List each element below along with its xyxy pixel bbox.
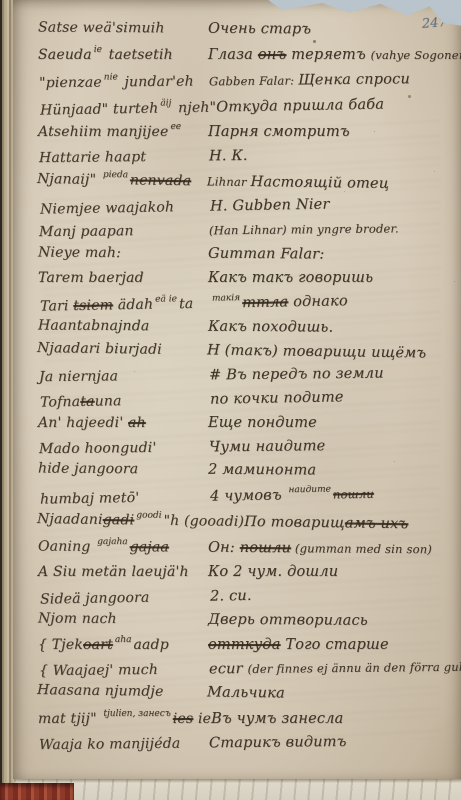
manuscript-right-column: Еще пондите — [208, 415, 457, 431]
manuscript-text-segment: Saeuda — [38, 47, 92, 63]
manuscript-text-segment: теряетъ — [286, 47, 370, 63]
manuscript-text-segment: Oaning — [38, 539, 95, 555]
manuscript-right-column: По товарищамъ ихъ — [244, 514, 456, 533]
manuscript-text-segment: Еще пондите — [208, 415, 317, 431]
manuscript-text-segment: Щенка спроси — [298, 71, 410, 88]
manuscript-left-column: Saeudaie taetsetih — [38, 45, 208, 63]
manuscript-line: Njaadari biurjadiН (такъ) товарищи ищёмъ — [37, 340, 456, 362]
manuscript-right-column: Чуми наидите — [209, 436, 458, 455]
manuscript-left-column: { Tjekoartahaaadp — [38, 635, 208, 653]
manuscript-line: Tofnataunaпо кочки подите — [40, 387, 459, 410]
manuscript-left-column: Njanaij" piedanenvada — [37, 169, 207, 189]
manuscript-text-segment: Того старше — [281, 637, 389, 653]
manuscript-text-segment: Н. К. — [209, 148, 248, 164]
manuscript-text-segment: tjulien, занесъ — [103, 709, 170, 719]
manuscript-text-segment: Gumman Falar: — [208, 245, 325, 262]
manuscript-text-segment: jundar'eh — [120, 73, 194, 90]
manuscript-text-segment: Haantabnajnda — [38, 318, 150, 335]
manuscript-right-column: по кочки подите — [210, 387, 459, 407]
manuscript-text-segment: aha — [115, 635, 132, 645]
manuscript-right-column: # Въ передъ по земли — [209, 365, 458, 384]
manuscript-left-column: Haantabnajnda — [38, 318, 208, 335]
manuscript-left-column: Ja niernjaa — [39, 367, 209, 385]
manuscript-text-segment: Waaja ko manjijéda — [39, 736, 181, 753]
manuscript-text-segment: Откуда пришла баба — [216, 96, 384, 115]
manuscript-line: Tari tsiem ädaheä ietaтакіяттла однако — [40, 290, 459, 315]
manuscript-text-segment: Он: — [208, 540, 240, 556]
manuscript-text-segment: äij — [160, 98, 171, 108]
manuscript-text-segment: ee — [170, 122, 181, 132]
manuscript-right-column: Какъ такъ говоришь — [208, 270, 457, 286]
manuscript-text-segment: Atsehiim manjijee — [38, 124, 168, 140]
manuscript-text-segment: Парня смотритъ — [208, 124, 350, 140]
manuscript-left-column: Manj paapan — [39, 222, 209, 240]
manuscript-text-segment: eä ie — [155, 295, 177, 305]
manuscript-text-segment: 2 маминонта — [208, 462, 316, 479]
manuscript-text-segment: aadp — [133, 637, 168, 653]
manuscript-line: Sideä jangoora2. си. — [40, 584, 459, 607]
manuscript-text-segment: { Waajaej' much — [39, 662, 158, 679]
manuscript-right-column: Н. Gubben Nier — [210, 194, 459, 214]
manuscript-right-column: Gumman Falar: — [208, 245, 457, 263]
manuscript-left-column: humbaj metō' — [40, 489, 210, 508]
manuscript-text-segment: Мальчика — [207, 685, 285, 702]
manuscript-right-column: (Han Lihnar) min yngre broder. — [209, 220, 458, 239]
manuscript-line: Manj paapan(Han Lihnar) min yngre broder… — [39, 220, 458, 240]
manuscript-left-column: An' hajeedi' ah — [38, 415, 208, 431]
manuscript-text-segment: Н (такъ) товарищи ищёмъ — [207, 343, 426, 362]
manuscript-left-column: Njaadanigadigoodi"h (gooadi) — [37, 509, 244, 530]
book-page-edges — [0, 0, 14, 800]
manuscript-right-column: Н (такъ) товарищи ищёмъ — [207, 343, 456, 362]
manuscript-left-column: Njom nach — [38, 610, 208, 627]
manuscript-text-segment: mat tjij" — [38, 711, 101, 727]
manuscript-line: "pienzaenie jundar'ehGabben Falar: Щенка… — [39, 69, 458, 91]
manuscript-right-column: Какъ походишь. — [208, 319, 457, 337]
manuscript-text-segment: Настоящій отец — [250, 174, 389, 192]
manuscript-text-segment: такія — [212, 294, 240, 304]
manuscript-text-segment: (gumman med sin son) — [291, 541, 432, 556]
manuscript-text-segment: njeh" — [173, 99, 216, 116]
manuscript-text-segment: онъ — [258, 47, 287, 63]
manuscript-line: Njanaij" piedanenvadaLihnar Настоящій от… — [37, 169, 456, 193]
manuscript-right-column: отткуда Того старше — [208, 637, 457, 653]
manuscript-text-segment: una — [94, 393, 121, 409]
manuscript-left-column: Tofnatauna — [40, 392, 210, 411]
manuscript-line: mat tjij" tjulien, занесъies ieВъ чумъ з… — [38, 709, 457, 727]
manuscript-right-column: Очень старъ — [208, 21, 457, 39]
manuscript-text-segment: ta — [179, 296, 194, 312]
manuscript-text-segment: Manj paapan — [39, 223, 134, 240]
manuscript-text-segment: ie — [193, 711, 211, 727]
manuscript-line: humbaj metō'4 чумовъ наидитепошли — [40, 483, 459, 508]
manuscript-text-segment: Njaadani — [37, 511, 103, 528]
manuscript-right-column: Дверь оттворилась — [208, 611, 457, 629]
manuscript-right-column: Старикъ видитъ — [209, 733, 458, 752]
manuscript-text-segment: A Siu metän laeujä'h — [38, 564, 189, 580]
manuscript-text-segment: Sideä jangoora — [40, 589, 150, 607]
manuscript-line: Atsehiim manjijeeeeПарня смотритъ — [38, 122, 457, 140]
manuscript-line: Haasana njumdjeМальчика — [37, 682, 456, 704]
manuscript-text-segment: "pienzae — [39, 74, 102, 91]
manuscript-text-segment: Njom nach — [38, 610, 117, 627]
manuscript-left-column: Sideä jangoora — [40, 588, 210, 607]
book-cover-edge — [0, 783, 74, 800]
manuscript-text-segment: пошли — [333, 487, 374, 502]
manuscript-left-column: Niemjee waajakoh — [40, 199, 210, 218]
manuscript-text-segment: пошли — [240, 540, 291, 556]
manuscript-text-segment: Gabben Falar: — [209, 73, 298, 88]
manuscript-text-segment: pieda — [103, 170, 128, 180]
manuscript-line: An' hajeedi' ahЕще пондите — [38, 415, 457, 431]
manuscript-left-column: Oaning gajahagajaa — [38, 537, 208, 556]
manuscript-text-segment: ie — [94, 45, 102, 55]
manuscript-text-segment: Satse weä'simuih — [38, 20, 165, 37]
manuscript-text-segment: 2. си. — [210, 588, 252, 605]
manuscript-text-segment: ттла — [242, 295, 288, 312]
manuscript-line: { Tjekoartahaaadpотткуда Того старше — [38, 635, 457, 653]
manuscript-text-segment: gajaa — [130, 539, 169, 555]
manuscript-text-segment: Mado hoongudi' — [39, 440, 157, 457]
manuscript-right-column: Ко 2 чум. дошли — [208, 564, 457, 580]
manuscript-text-segment: По товарищ — [244, 514, 345, 531]
manuscript-text-segment: Какъ походишь. — [208, 319, 333, 336]
manuscript-left-column: Hünjaad" turtehäij njeh" — [40, 97, 216, 118]
manuscript-text-segment: Njanaij" — [37, 171, 101, 188]
manuscript-line: Waaja ko manjijédaСтарикъ видитъ — [39, 733, 458, 753]
manuscript-text-segment: Njaadari biurjadi — [37, 340, 162, 358]
manuscript-text-segment: # Въ передъ по земли — [209, 366, 384, 384]
manuscript-text-segment: "h (gooadi) — [163, 513, 244, 530]
manuscript-right-column: 2 маминонта — [208, 462, 457, 480]
manuscript-text-segment: Lihnar — [207, 175, 251, 190]
manuscript-text-segment: tsiem — [73, 298, 113, 315]
manuscript-text-segment: Ja niernjaa — [39, 368, 118, 385]
manuscript-text-segment: однако — [288, 294, 348, 311]
manuscript-text-segment: Tofna — [40, 394, 81, 411]
manuscript-line: Hattarie haaptН. К. — [39, 146, 458, 166]
manuscript-right-column: Gabben Falar: Щенка спроси — [209, 71, 458, 90]
manuscript-right-column: ecur (der finnes ej ännu än den förra gu… — [209, 659, 461, 678]
manuscript-text-segment: Н. Gubben Nier — [210, 197, 330, 215]
manuscript-right-column: Он: пошли (gumman med sin son) — [208, 540, 457, 558]
manuscript-text-segment: gadi — [103, 512, 135, 528]
manuscript-line: Njom nachДверь оттворилась — [38, 610, 457, 629]
notebook-page: 247 Satse weä'simuihОчень старъSaeudaie … — [13, 0, 461, 779]
manuscript-right-column: Откуда пришла баба — [216, 95, 459, 115]
manuscript-text-segment: nie — [104, 72, 118, 82]
manuscript-text-segment: humbaj metō' — [40, 490, 140, 508]
manuscript-text-segment: наидите — [288, 485, 331, 496]
manuscript-text-segment: ah — [128, 415, 146, 431]
manuscript-text-segment: Haasana njumdje — [37, 682, 164, 700]
manuscript-left-column: "pienzaenie jundar'eh — [39, 71, 209, 91]
manuscript-left-column: Njaadari biurjadi — [37, 340, 207, 358]
manuscript-left-column: mat tjij" tjulien, занесъies ie — [38, 709, 211, 727]
manuscript-right-column: Въ чумъ занесла — [211, 711, 457, 727]
manuscript-text-segment: Въ чумъ занесла — [211, 711, 343, 727]
manuscript-line: Nieye mah:Gumman Falar: — [38, 244, 457, 263]
manuscript-line: Mado hoongudi'Чуми наидите — [39, 436, 458, 456]
manuscript-line: hide jangoora2 маминонта — [38, 461, 457, 480]
manuscript-text-segment: ädah — [113, 297, 153, 314]
manuscript-text-segment: Tari — [40, 298, 73, 315]
manuscript-text-segment: Hünjaad" turteh — [40, 100, 159, 118]
manuscript-line: Satse weä'simuihОчень старъ — [38, 20, 457, 39]
manuscript-right-column: такіяттла однако — [210, 290, 459, 312]
manuscript-text-segment: An' hajeedi' — [38, 415, 128, 431]
manuscript-photo: 247 Satse weä'simuihОчень старъSaeudaie … — [0, 0, 461, 800]
manuscript-text-segment: Ко 2 чум. дошли — [208, 564, 338, 580]
manuscript-right-column: Мальчика — [207, 685, 456, 704]
manuscript-text-segment: ecur — [209, 661, 248, 677]
manuscript-left-column: Tari tsiem ädaheä ieta — [40, 294, 210, 315]
manuscript-text-segment: Какъ такъ говоришь — [208, 270, 373, 286]
manuscript-text-segment: oart — [83, 637, 113, 653]
manuscript-text-segment: ta — [80, 394, 95, 410]
manuscript-lines: Satse weä'simuihОчень старъSaeudaie taet… — [38, 21, 457, 751]
manuscript-right-column: Н. К. — [209, 146, 458, 165]
manuscript-text-segment: gajaha — [97, 537, 128, 547]
manuscript-right-column: 4 чумовъ наидитепошли — [210, 483, 459, 505]
manuscript-line: Tarem baerjadКакъ такъ говоришь — [38, 270, 457, 286]
manuscript-line: Niemjee waajakohН. Gubben Nier — [40, 194, 459, 217]
manuscript-text-segment: по кочки подите — [210, 389, 344, 407]
manuscript-left-column: hide jangoora — [38, 461, 208, 478]
manuscript-left-column: A Siu metän laeujä'h — [38, 564, 208, 580]
manuscript-text-segment: Старикъ видитъ — [209, 734, 347, 751]
manuscript-text-segment: (der finnes ej ännu än den förra gubben) — [248, 660, 461, 677]
manuscript-line: Hünjaad" turtehäij njeh"Откуда пришла ба… — [40, 93, 459, 118]
manuscript-text-segment: Чуми наидите — [209, 438, 326, 455]
manuscript-line: A Siu metän laeujä'hКо 2 чум. дошли — [38, 564, 457, 580]
underlying-page-edge — [14, 779, 461, 800]
manuscript-left-column: { Waajaej' much — [39, 662, 209, 680]
manuscript-right-column: Lihnar Настоящій отец — [207, 174, 456, 193]
manuscript-text-segment: Глаза — [208, 47, 258, 63]
manuscript-text-segment: Nieye mah: — [38, 244, 121, 261]
manuscript-line: { Waajaej' muchecur (der finnes ej ännu … — [39, 659, 458, 679]
manuscript-left-column: Haasana njumdje — [37, 682, 207, 700]
manuscript-left-column: Nieye mah: — [38, 244, 208, 261]
manuscript-text-segment: nenvada — [130, 173, 192, 190]
manuscript-left-column: Satse weä'simuih — [38, 20, 208, 37]
manuscript-text-segment: { Tjek — [38, 637, 83, 653]
manuscript-text-segment: goodi — [136, 511, 161, 521]
manuscript-left-column: Hattarie haapt — [39, 149, 209, 167]
manuscript-text-segment: (vahye Sogonen fura, — [371, 48, 461, 62]
manuscript-text-segment: 4 чумовъ — [210, 488, 287, 505]
manuscript-left-column: Atsehiim manjijeeee — [38, 122, 208, 140]
manuscript-left-column: Waaja ko manjijéda — [39, 735, 209, 753]
manuscript-line: HaantabnajndaКакъ походишь. — [38, 318, 457, 337]
manuscript-line: Ja niernjaa# Въ передъ по земли — [39, 365, 458, 385]
manuscript-left-column: Tarem baerjad — [38, 270, 208, 286]
manuscript-left-column: Mado hoongudi' — [39, 439, 209, 457]
manuscript-line: Oaning gajahagajaaОн: пошли (gumman med … — [38, 537, 457, 558]
manuscript-right-column: Глаза онъ теряетъ (vahye Sogonen fura, — [208, 47, 461, 63]
manuscript-text-segment: Дверь оттворилась — [208, 611, 368, 628]
manuscript-text-segment: отткуда — [208, 637, 281, 653]
manuscript-text-segment: амъ ихъ — [345, 516, 409, 533]
manuscript-text-segment: ies — [173, 711, 194, 727]
manuscript-line: Saeudaie taetsetihГлаза онъ теряетъ (vah… — [38, 45, 457, 63]
manuscript-text-segment: Niemjee waajakoh — [40, 199, 174, 217]
manuscript-text-segment: Tarem baerjad — [38, 270, 144, 286]
manuscript-line: Njaadanigadigoodi"h (gooadi)По товарищам… — [37, 509, 456, 533]
manuscript-text-segment: taetsetih — [104, 47, 173, 63]
manuscript-right-column: Парня смотритъ — [208, 124, 457, 140]
manuscript-text-segment: (Han Lihnar) min yngre broder. — [209, 221, 399, 237]
manuscript-text-segment: Очень старъ — [208, 21, 311, 38]
manuscript-text-segment: Hattarie haapt — [39, 149, 146, 166]
manuscript-right-column: 2. си. — [210, 584, 459, 604]
manuscript-text-segment: hide jangoora — [38, 461, 138, 478]
